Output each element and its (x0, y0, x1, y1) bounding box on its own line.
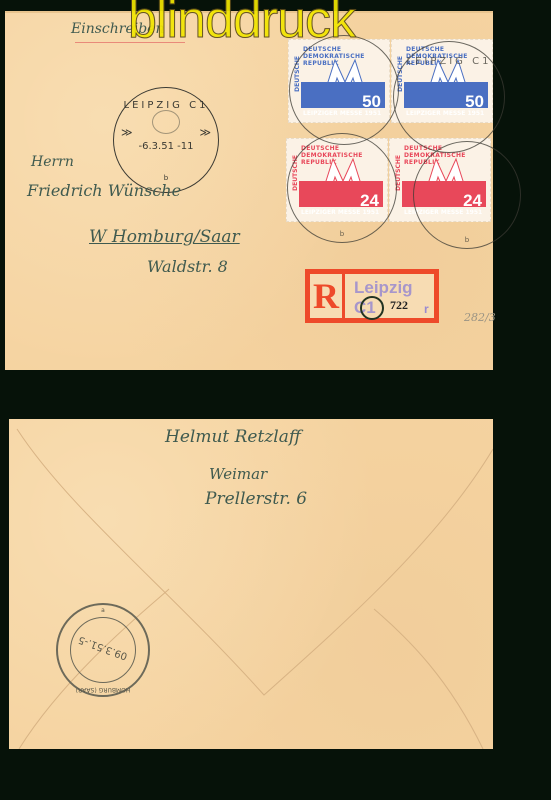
addressee-line-3: W Homburg/Saar (89, 227, 240, 247)
registration-number: 722 (390, 298, 408, 313)
sender-line-1: Helmut Retzlaff (165, 427, 301, 447)
sender-line-3: Prellerstr. 6 (205, 489, 307, 509)
addressee-line-2: Friedrich Wünsche (27, 181, 181, 200)
registration-label: R Leipzig C1 722 r (305, 269, 439, 323)
handstamp-circle-icon (360, 296, 384, 320)
pencil-note: 282/3 (464, 311, 496, 324)
envelope-front: Einschreiben LEIPZIG C1 ≫ ≫ -6.3.51 -11 … (5, 11, 493, 370)
envelope-back: Helmut Retzlaff Weimar Prellerstr. 6 09.… (9, 419, 493, 749)
stamp-cancel-2: LEIPZIG C1 (393, 41, 505, 153)
addressee-line-4: Waldstr. 8 (147, 257, 228, 276)
sender-line-2: Weimar (209, 465, 267, 483)
postmark-leipzig: LEIPZIG C1 ≫ ≫ -6.3.51 -11 b (113, 87, 219, 193)
stamp-cancel-3: b (287, 133, 397, 243)
arrival-postmark: 09.3.51.-5 a HOMBURG (SAAR) (56, 603, 150, 697)
registration-suffix: r (424, 302, 429, 316)
double-m-icon: ≫ (121, 126, 133, 139)
stamp-cancel-4: b (413, 141, 521, 249)
stamp-cancel-1 (289, 35, 399, 145)
registration-letter: R (310, 274, 345, 318)
addressee-line-1: Herrn (31, 154, 74, 170)
fair-emblem-icon (152, 110, 180, 134)
double-m-icon: ≫ (199, 126, 211, 139)
watermark-text: blinddruck (128, 0, 355, 46)
